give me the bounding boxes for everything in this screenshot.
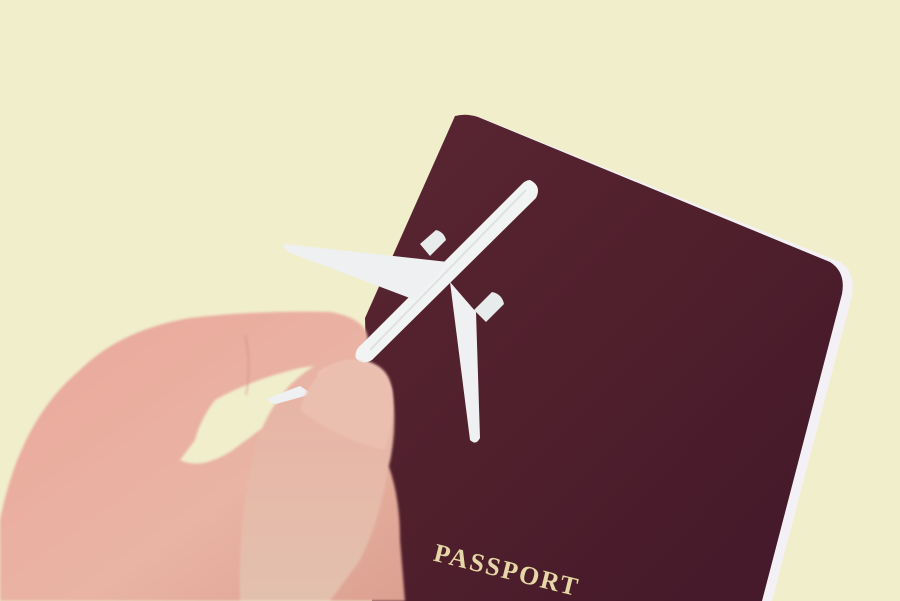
hand [0,312,405,601]
photo-scene: PASSPORT [0,0,900,601]
passport [365,115,853,601]
photo-illustration [0,0,900,601]
